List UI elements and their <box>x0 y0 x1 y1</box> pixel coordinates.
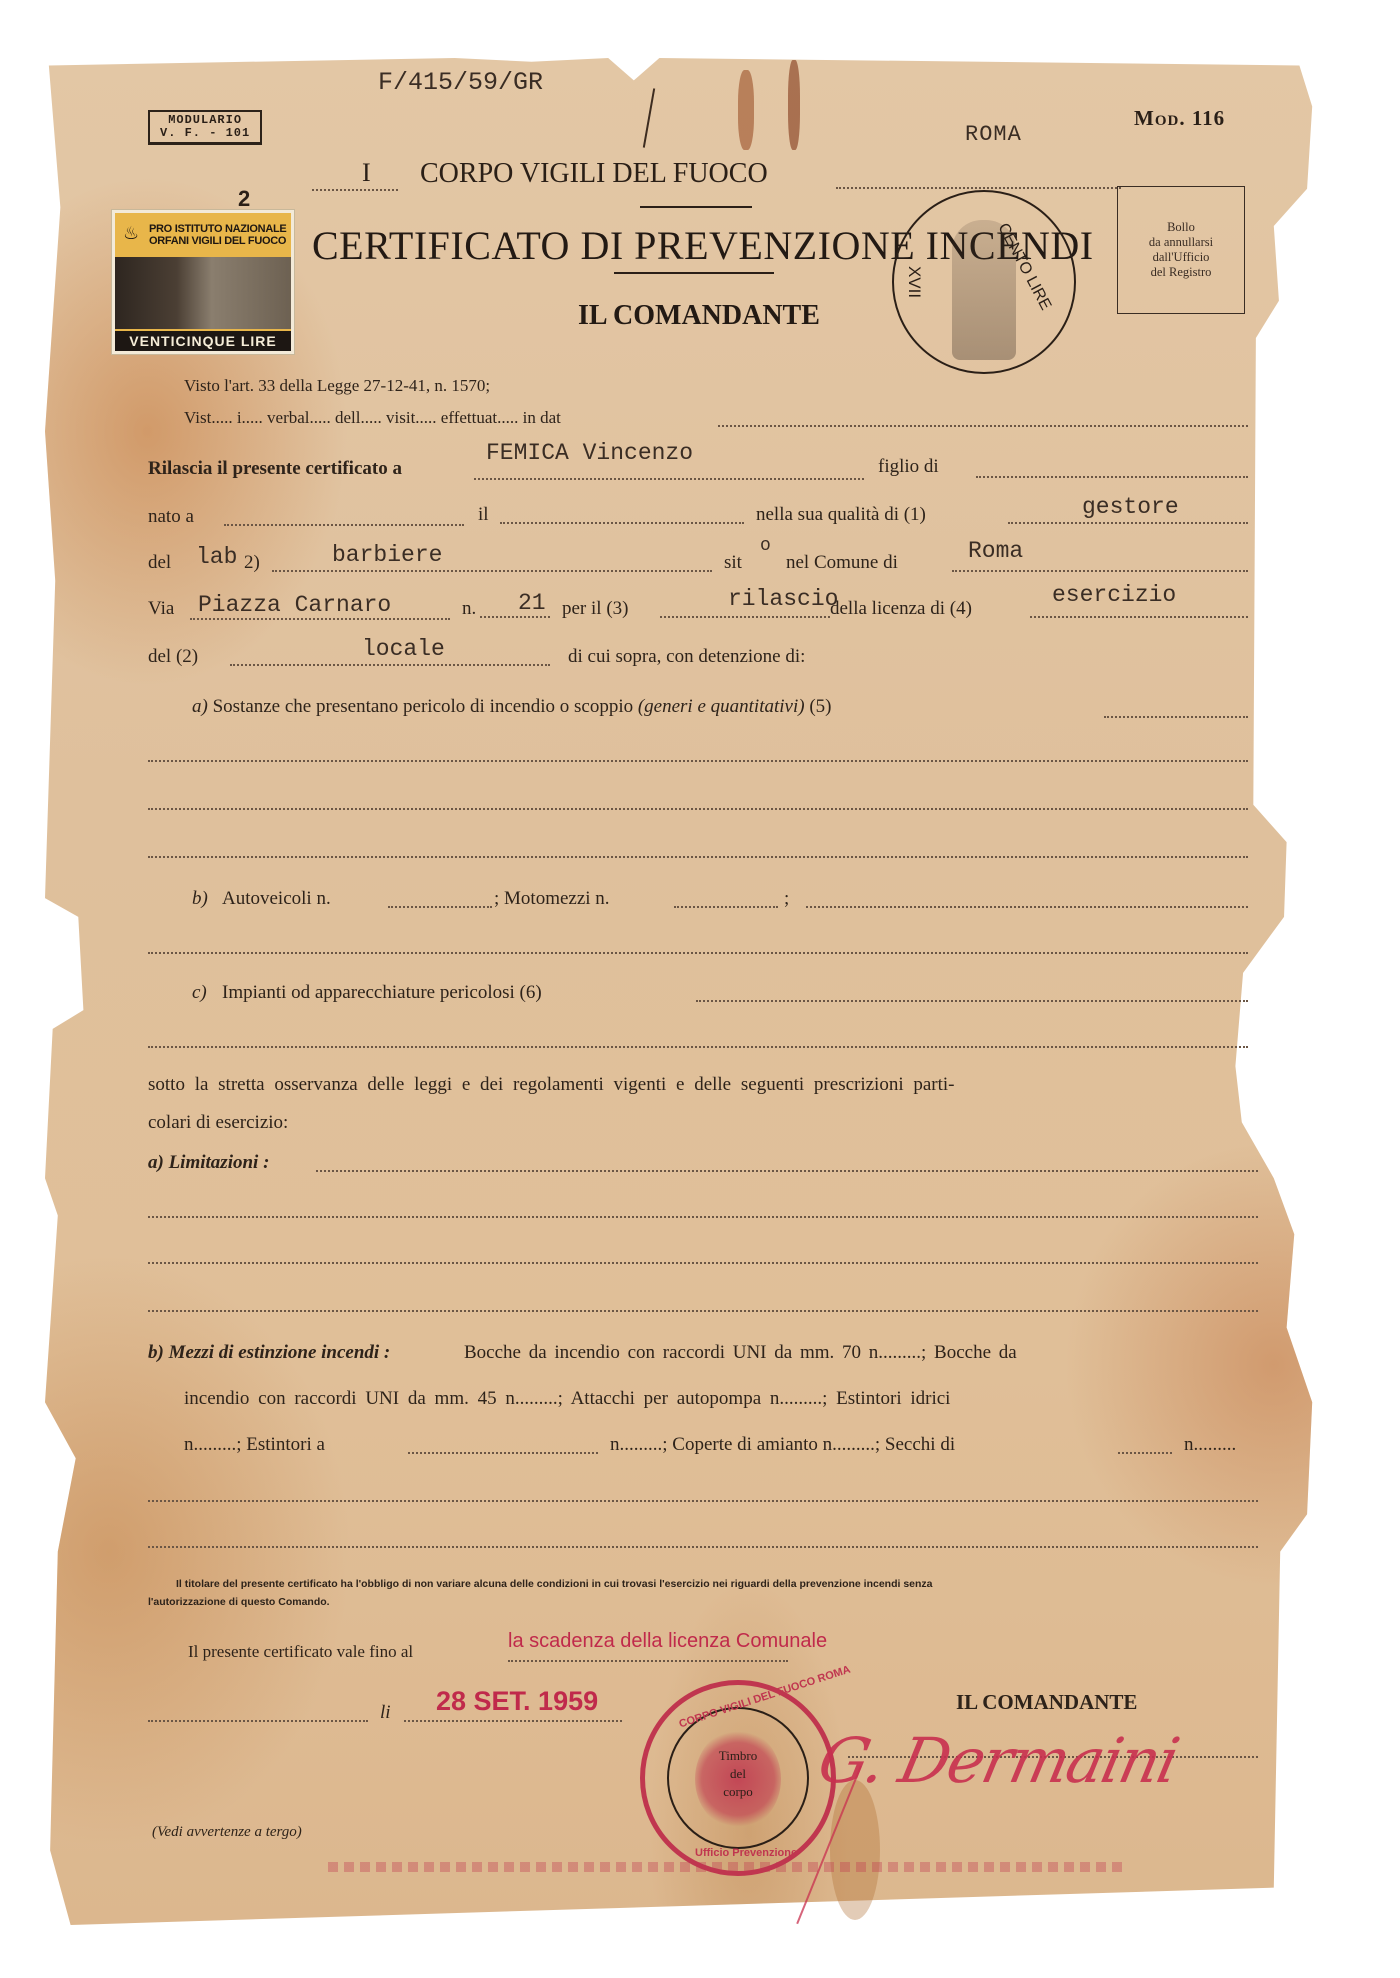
limitations-field[interactable] <box>316 1170 1258 1172</box>
valid-until-label: Il presente certificato vale fino al <box>188 1642 413 1662</box>
located-suffix: o <box>760 536 771 556</box>
date-value: 28 SET. 1959 <box>436 1686 598 1717</box>
handwritten-mark: 2 <box>238 186 250 212</box>
signatory-title: IL COMANDANTE <box>956 1690 1137 1715</box>
signature: G. Dermaini <box>812 1724 1184 1797</box>
of-label: del <box>148 552 171 574</box>
observance-line-2: colari di esercizio: <box>148 1112 288 1134</box>
fire-emblem-icon: ♨ <box>123 223 139 244</box>
license-field[interactable] <box>1030 616 1248 618</box>
purpose-value: rilascio <box>728 586 838 612</box>
date-label: li <box>380 1702 391 1724</box>
business-type-value: barbiere <box>332 542 442 568</box>
located-label: sit <box>724 552 742 574</box>
vehicles-label: Autoveicoli n. <box>222 888 331 910</box>
valid-until-field[interactable] <box>508 1660 788 1662</box>
section-a-line-3[interactable] <box>148 808 1248 810</box>
street-value: Piazza Carnaro <box>198 592 391 618</box>
modulario-line2: V. F. - 101 <box>160 127 250 140</box>
motor-label: ; Motomezzi n. <box>494 888 610 910</box>
law-reference: Visto l'art. 33 della Legge 27-12-41, n.… <box>184 376 490 396</box>
section-a-line-4[interactable] <box>148 856 1248 858</box>
premises-label: del (2) <box>148 646 198 668</box>
visits-date-field[interactable] <box>718 425 1248 427</box>
limitations-line-4[interactable] <box>148 1310 1258 1312</box>
corps-underline <box>640 206 752 208</box>
son-of-label: figlio di <box>878 456 939 478</box>
section-b-separator: ; <box>784 888 789 910</box>
born-in-field[interactable] <box>224 524 464 526</box>
issued-to-field[interactable] <box>474 478 864 480</box>
section-a-text: a) Sostanze che presentano pericolo di i… <box>192 696 831 718</box>
valid-until-value: la scadenza della licenza Comunale <box>508 1630 827 1653</box>
born-on-field[interactable] <box>500 522 744 524</box>
issued-to-value: FEMICA Vincenzo <box>486 440 693 466</box>
detention-label: di cui sopra, con detenzione di: <box>568 646 805 668</box>
observance-line-1: sotto la stretta osservanza delle leggi … <box>148 1074 955 1096</box>
premises-field[interactable] <box>230 664 550 666</box>
section-b-extra-field[interactable] <box>806 906 1248 908</box>
born-on-label: il <box>478 504 489 526</box>
capacity-field[interactable] <box>1008 522 1248 524</box>
issued-to-label: Rilascia il presente certificato a <box>148 458 402 480</box>
buckets-type-field[interactable] <box>1118 1452 1172 1454</box>
section-c-line-2[interactable] <box>148 1046 1248 1048</box>
water-stain <box>830 1780 880 1920</box>
stamp-illustration <box>115 257 291 329</box>
born-in-label: nato a <box>148 506 194 528</box>
section-c-label: c) <box>192 982 207 1004</box>
number-label: n. <box>462 598 476 620</box>
extinction-line-3a: n.........; Estintori a <box>184 1434 325 1456</box>
street-field[interactable] <box>190 618 450 620</box>
son-of-field[interactable] <box>976 476 1248 478</box>
section-a-line-2[interactable] <box>148 760 1248 762</box>
official-seal: CORPO VIGILI DEL FUOCO ROMA Ufficio Prev… <box>640 1680 836 1876</box>
vehicles-field[interactable] <box>388 906 492 908</box>
place-field[interactable] <box>148 1720 368 1722</box>
corps-dots-right <box>836 187 1121 189</box>
section-b-line-2[interactable] <box>148 952 1248 954</box>
modulario-box: MODULARIO V. F. - 101 <box>148 110 262 145</box>
street-label: Via <box>148 598 174 620</box>
official-seal-center: Timbro del corpo <box>645 1747 831 1801</box>
limitations-label: a) Limitazioni : <box>148 1152 269 1174</box>
visits-text: Vist..... i..... verbal..... dell..... v… <box>184 408 561 428</box>
purpose-field[interactable] <box>660 616 830 618</box>
title-underline <box>614 272 774 274</box>
license-label: della licenza di (4) <box>830 598 972 620</box>
tax-seal-left-text: XVII <box>904 266 924 298</box>
of-prefix: lab <box>196 544 237 570</box>
of-note: 2) <box>244 552 260 574</box>
extinguisher-type-field[interactable] <box>408 1452 598 1454</box>
section-b-label: b) <box>192 888 208 910</box>
revenue-stamp-value: VENTICINQUE LIRE <box>115 331 291 351</box>
business-type-field[interactable] <box>272 570 712 572</box>
motor-field[interactable] <box>674 906 778 908</box>
protocol-number: F/415/59/GR <box>378 68 543 97</box>
section-c-text: Impianti od apparecchiature pericolosi (… <box>222 982 542 1004</box>
official-seal-bottom-text: Ufficio Prevenzione <box>695 1847 797 1859</box>
extinction-line-3c: n......... <box>1184 1434 1236 1456</box>
number-field[interactable] <box>480 616 550 618</box>
extinction-line-4[interactable] <box>148 1500 1258 1502</box>
see-back-note: (Vedi avvertenze a tergo) <box>152 1824 302 1841</box>
section-a-field[interactable] <box>1104 716 1248 718</box>
date-field[interactable] <box>404 1720 622 1722</box>
section-c-field[interactable] <box>696 1000 1248 1002</box>
municipality-label: nel Comune di <box>786 552 898 574</box>
revenue-stamp: ♨ PRO ISTITUTO NAZIONALE ORFANI VIGILI D… <box>112 210 294 354</box>
premises-value: locale <box>362 636 445 662</box>
capacity-value: gestore <box>1082 494 1179 520</box>
bleed-through-text <box>328 1862 1128 1872</box>
limitations-line-2[interactable] <box>148 1216 1258 1218</box>
notice-line-1: Il titolare del presente certificato ha … <box>176 1578 933 1590</box>
purpose-label: per il (3) <box>562 598 628 620</box>
rust-stain <box>738 70 754 150</box>
capacity-label: nella sua qualità di (1) <box>756 504 926 526</box>
bollo-box: Bollo da annullarsi dall'Ufficio del Reg… <box>1117 186 1245 314</box>
notice-line-2: l'autorizzazione di questo Comando. <box>148 1596 330 1608</box>
municipality-field[interactable] <box>952 570 1248 572</box>
extinction-label: b) Mezzi di estinzione incendi : <box>148 1342 390 1364</box>
corps-name: CORPO VIGILI DEL FUOCO <box>420 158 768 190</box>
extinction-line-5[interactable] <box>148 1546 1258 1548</box>
limitations-line-3[interactable] <box>148 1262 1258 1264</box>
extinction-line-2: incendio con raccordi UNI da mm. 45 n...… <box>184 1388 950 1410</box>
tax-seal: XVII CENTO LIRE <box>892 190 1076 374</box>
city: ROMA <box>965 122 1022 147</box>
rust-stain <box>788 60 800 150</box>
corps-number-dots <box>312 189 398 191</box>
corps-number: I <box>362 158 371 188</box>
model-number: Mod. 116 <box>1134 106 1225 131</box>
municipality-value: Roma <box>968 538 1023 564</box>
revenue-stamp-header: PRO ISTITUTO NAZIONALE ORFANI VIGILI DEL… <box>149 223 286 247</box>
extinction-line-1: Bocche da incendio con raccordi UNI da m… <box>464 1342 1017 1364</box>
license-value: esercizio <box>1052 582 1176 608</box>
issuer-heading: IL COMANDANTE <box>578 300 820 332</box>
number-value: 21 <box>518 590 546 616</box>
extinction-line-3b: n.........; Coperte di amianto n........… <box>610 1434 955 1456</box>
